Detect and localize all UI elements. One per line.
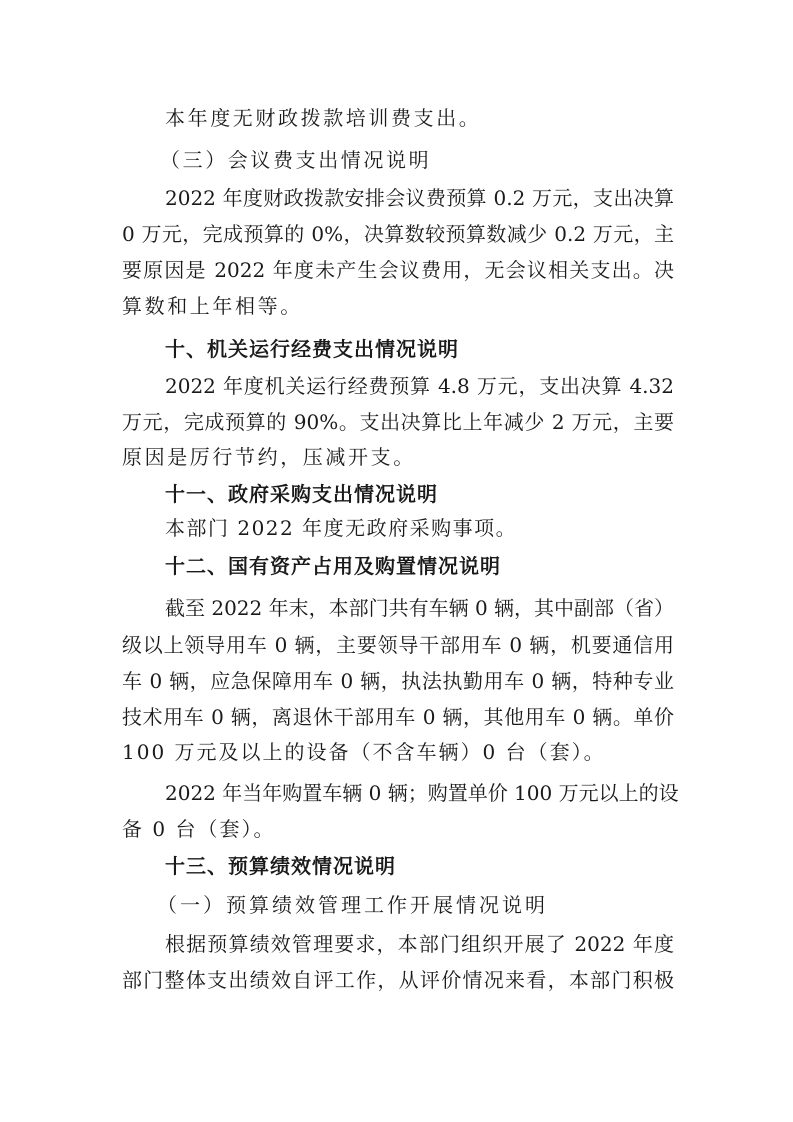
paragraph-line: 2022 年度财政拨款安排会议费预算 0.2 万元，支出决算 bbox=[165, 185, 674, 211]
paragraph-line: 0 万元，完成预算的 0%，决算数较预算数减少 0.2 万元，主 bbox=[122, 221, 674, 247]
paragraph-line: 原因是厉行节约，压减开支。 bbox=[122, 444, 674, 470]
section-heading: 十、机关运行经费支出情况说明 bbox=[165, 336, 674, 362]
paragraph-line: 部门整体支出绩效自评工作，从评价情况来看，本部门积极 bbox=[122, 967, 674, 993]
paragraph-line: 技术用车 0 辆，离退休干部用车 0 辆，其他用车 0 辆。单价 bbox=[122, 704, 674, 730]
paragraph-line: 本年度无财政拨款培训费支出。 bbox=[165, 105, 674, 131]
paragraph-line: 备 0 台（套）。 bbox=[122, 816, 674, 842]
paragraph-line: 要原因是 2022 年度未产生会议费用，无会议相关支出。决 bbox=[122, 257, 674, 283]
paragraph-line: 100 万元及以上的设备（不含车辆）0 台（套）。 bbox=[122, 739, 674, 765]
section-heading: 十三、预算绩效情况说明 bbox=[165, 853, 674, 879]
section-subheading: （一）预算绩效管理工作开展情况说明 bbox=[157, 892, 709, 918]
paragraph-line: 万元，完成预算的 90%。支出决算比上年减少 2 万元，主要 bbox=[122, 409, 674, 435]
section-heading: 十二、国有资产占用及购置情况说明 bbox=[165, 553, 674, 579]
section-subheading: （三）会议费支出情况说明 bbox=[160, 147, 669, 173]
paragraph-line: 本部门 2022 年度无政府采购事项。 bbox=[165, 515, 674, 541]
paragraph-line: 车 0 辆，应急保障用车 0 辆，执法执勤用车 0 辆，特种专业 bbox=[122, 668, 674, 694]
section-heading: 十一、政府采购支出情况说明 bbox=[165, 481, 674, 507]
paragraph-line: 2022 年度机关运行经费预算 4.8 万元，支出决算 4.32 bbox=[165, 373, 674, 399]
paragraph-line: 截至 2022 年末，本部门共有车辆 0 辆，其中副部（省） bbox=[165, 595, 674, 621]
paragraph-line: 2022 年当年购置车辆 0 辆；购置单价 100 万元以上的设 bbox=[165, 780, 674, 806]
paragraph-line: 根据预算绩效管理要求，本部门组织开展了 2022 年度 bbox=[165, 931, 674, 957]
paragraph-line: 算数和上年相等。 bbox=[122, 293, 674, 319]
paragraph-line: 级以上领导用车 0 辆，主要领导干部用车 0 辆，机要通信用 bbox=[122, 632, 674, 658]
